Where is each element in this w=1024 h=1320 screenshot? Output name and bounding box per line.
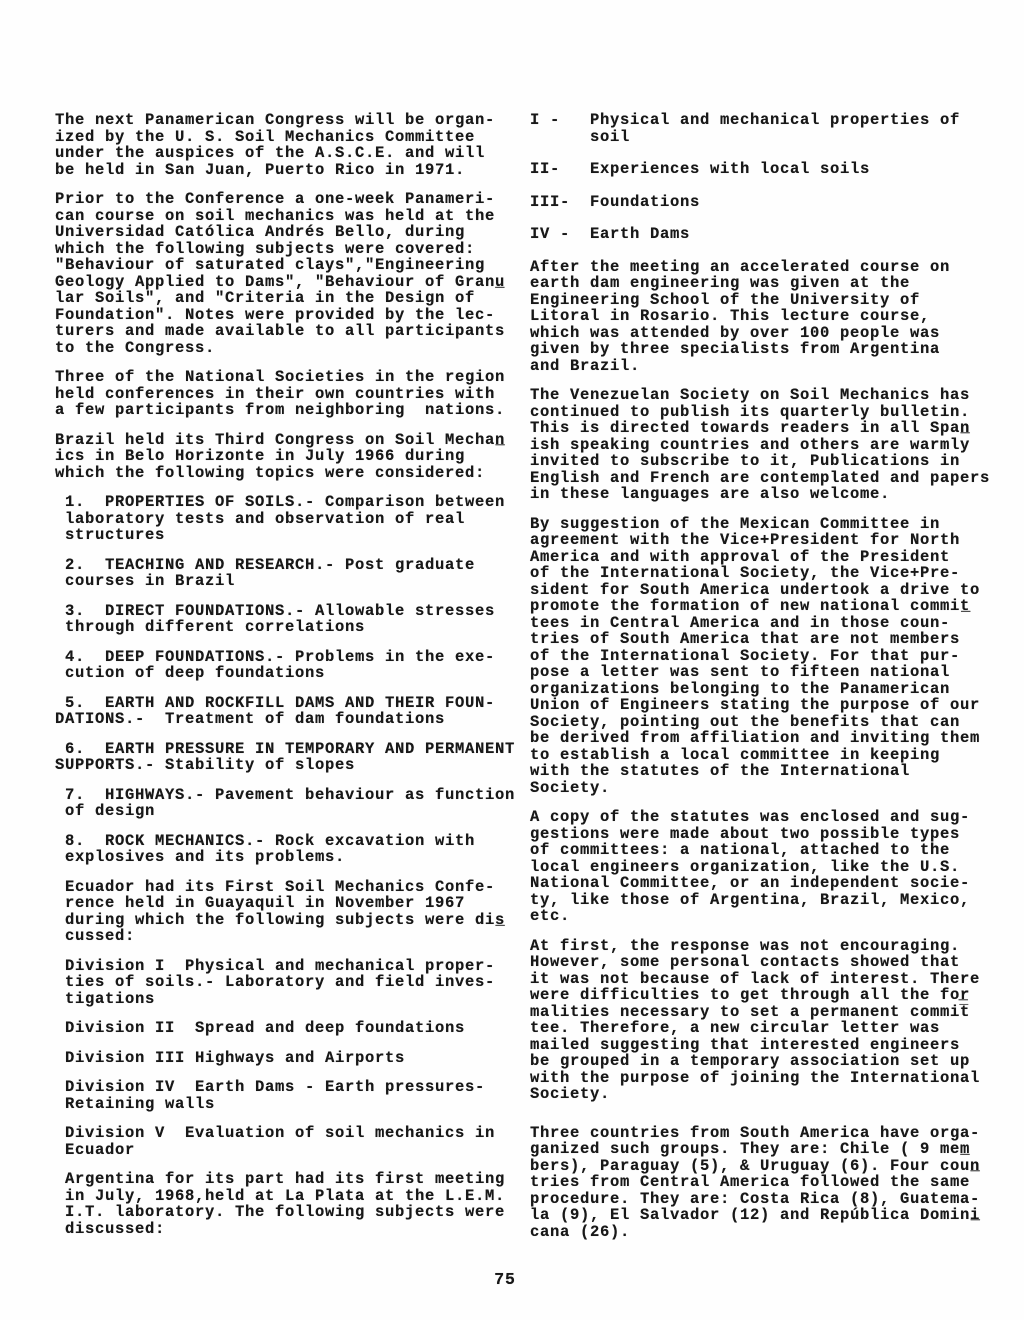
paragraph-three-countries: Three countries from South America have … — [530, 1125, 1008, 1241]
roman-item-4-earth-dams: IV - Earth Dams — [530, 226, 1008, 243]
paragraph-intro: The next Panamerican Congress will be or… — [55, 112, 525, 178]
list-item-2-teaching: 2. TEACHING AND RESEARCH.- Post graduate… — [55, 557, 525, 590]
right-column: I - Physical and mechanical properties o… — [530, 112, 1008, 1253]
division-3-highways-airports: Division III Highways and Airports — [55, 1050, 525, 1067]
paragraph-by-suggestion: By suggestion of the Mexican Committee i… — [530, 516, 1008, 797]
paragraph-after-meeting: After the meeting an accelerated course … — [530, 259, 1008, 375]
left-column: The next Panamerican Congress will be or… — [55, 112, 525, 1250]
division-1-physical-properties: Division I Physical and mechanical prope… — [55, 958, 525, 1008]
division-2-spread-deep-foundations: Division II Spread and deep foundations — [55, 1020, 525, 1037]
paragraph-prior-course: Prior to the Conference a one-week Panam… — [55, 191, 525, 356]
paragraph-venezuelan-society: The Venezuelan Society on Soil Mechanics… — [530, 387, 1008, 503]
page-number: 75 — [0, 1270, 1010, 1289]
roman-item-3-foundations: III- Foundations — [530, 194, 1008, 211]
paragraph-argentina-meeting: Argentina for its part had its first mee… — [55, 1171, 525, 1237]
list-item-7-highways: 7. HIGHWAYS.- Pavement behaviour as func… — [55, 787, 525, 820]
paragraph-at-first-response: At first, the response was not encouragi… — [530, 938, 1008, 1103]
division-4-earth-dams: Division IV Earth Dams - Earth pressures… — [55, 1079, 525, 1112]
list-item-3-direct-foundations: 3. DIRECT FOUNDATIONS.- Allowable stress… — [55, 603, 525, 636]
document-page: The next Panamerican Congress will be or… — [0, 0, 1024, 1320]
list-item-6-earth-pressure: 6. EARTH PRESSURE IN TEMPORARY AND PERMA… — [55, 741, 525, 774]
list-item-4-deep-foundations: 4. DEEP FOUNDATIONS.- Problems in the ex… — [55, 649, 525, 682]
list-item-1-properties: 1. PROPERTIES OF SOILS.- Comparison betw… — [55, 494, 525, 544]
roman-item-1-physical-properties: I - Physical and mechanical properties o… — [530, 112, 1008, 145]
paragraph-ecuador-conference: Ecuador had its First Soil Mechanics Con… — [55, 879, 525, 945]
paragraph-brazil-congress: Brazil held its Third Congress on Soil M… — [55, 432, 525, 482]
paragraph-statutes-copy: A copy of the statutes was enclosed and … — [530, 809, 1008, 925]
list-item-5-earth-rockfill-dams: 5. EARTH AND ROCKFILL DAMS AND THEIR FOU… — [55, 695, 525, 728]
roman-item-2-local-soils: II- Experiences with local soils — [530, 161, 1008, 178]
division-5-soil-mechanics-ecuador: Division V Evaluation of soil mechanics … — [55, 1125, 525, 1158]
list-item-8-rock-mechanics: 8. ROCK MECHANICS.- Rock excavation with… — [55, 833, 525, 866]
paragraph-three-societies: Three of the National Societies in the r… — [55, 369, 525, 419]
